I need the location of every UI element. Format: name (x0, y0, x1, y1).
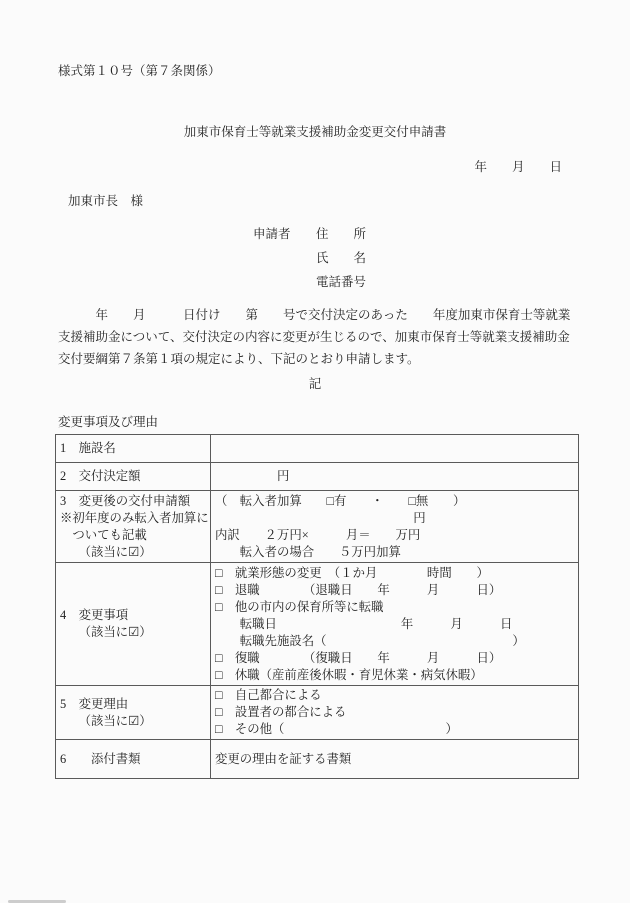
applicant-label: 申請者 (253, 222, 316, 246)
transfer-facility-line: 転職先施設名（ ） (215, 633, 574, 650)
cell-change-items-options: □ 就業形態の変更 （１か月 時間 ） □ 退職 （退職日 年 月 日） □ 他… (211, 563, 579, 686)
applicant-block: 申請者 住 所 氏 名 電話番号 (253, 222, 366, 294)
checkbox-option-operator: □ 設置者の都合による (215, 704, 574, 721)
cell-attachments-value: 変更の理由を証する書類 (211, 740, 579, 779)
form-number: 様式第１０号（第７条関係） (58, 61, 221, 79)
applicant-name-row: 氏 名 (253, 246, 366, 270)
body-paragraph: 年 月 日付け 第 号で交付決定のあった 年度加東市保育士等就業 支援補助金につ… (58, 304, 574, 370)
cell-line: 2 交付決定額 (60, 468, 206, 485)
cell-line: 5 変更理由 (60, 696, 206, 713)
table-row-change-reason: 5 変更理由 （該当に☑） □ 自己都合による □ 設置者の都合による □ その… (56, 686, 579, 740)
cell-decided-amount-label: 2 交付決定額 (56, 463, 211, 491)
checkbox-option-transfer: □ 他の市内の保育所等に転職 (215, 599, 574, 616)
page-title: 加東市保育士等就業支援補助金変更交付申請書 (0, 122, 630, 140)
breakdown-line: 内訳 ２万円× 月＝ 万円 (215, 527, 574, 544)
cell-amount-after-change-value: （ 転入者加算 □有 ・ □無 ） 円 内訳 ２万円× 月＝ 万円 転入者の場合… (211, 491, 579, 563)
cell-decided-amount-value: 円 (211, 463, 579, 491)
table-row-decided-amount: 2 交付決定額 円 (56, 463, 579, 491)
record-marker: 記 (0, 374, 630, 392)
cell-line: 1 施設名 (60, 440, 206, 457)
table-row-facility-name: 1 施設名 (56, 435, 579, 463)
table-row-attachments: 6 添付書類 変更の理由を証する書類 (56, 740, 579, 779)
applicant-address-row: 申請者 住 所 (253, 222, 366, 246)
addressee-mayor: 加東市長 様 (68, 191, 143, 209)
applicant-label-spacer (253, 246, 316, 270)
table-caption: 変更事項及び理由 (58, 412, 158, 430)
cell-facility-name-value (211, 435, 579, 463)
cell-line: ついても記載 (60, 527, 206, 544)
checkbox-option-leave: □ 休職（産前産後休暇・育児休業・病気休暇） (215, 667, 574, 684)
yen-unit-label: 円 (215, 468, 574, 485)
body-line: 交付要綱第７条第１項の規定により、下記のとおり申請します。 (58, 348, 574, 370)
cell-line: 変更の理由を証する書類 (215, 751, 574, 768)
date-blank-line: 年 月 日 (474, 157, 562, 175)
applicant-address-label: 住 所 (316, 222, 366, 246)
applicant-phone-label: 電話番号 (316, 270, 366, 294)
checked-box-note: （該当に☑） (60, 544, 206, 561)
transferee-addition-note: 転入者の場合 ５万円加算 (215, 544, 574, 561)
checkbox-option-personal: □ 自己都合による (215, 687, 574, 704)
cell-facility-name-label: 1 施設名 (56, 435, 211, 463)
cell-change-reason-label: 5 変更理由 （該当に☑） (56, 686, 211, 740)
checked-box-note: （該当に☑） (60, 713, 206, 730)
document-page: 様式第１０号（第７条関係） 加東市保育士等就業支援補助金変更交付申請書 年 月 … (0, 0, 630, 903)
applicant-label-spacer (253, 270, 316, 294)
yen-unit-label: 円 (215, 510, 574, 527)
cell-attachments-label: 6 添付書類 (56, 740, 211, 779)
checkbox-option-employment-form: □ 就業形態の変更 （１か月 時間 ） (215, 565, 574, 582)
checkbox-option-reinstatement: □ 復職 （復職日 年 月 日） (215, 650, 574, 667)
applicant-name-label: 氏 名 (316, 246, 366, 270)
transferee-addition-options: （ 転入者加算 □有 ・ □無 ） (215, 493, 574, 510)
checked-box-note: （該当に☑） (60, 624, 206, 641)
change-details-table: 1 施設名 2 交付決定額 円 3 変更後の交付申請額 ※初年度のみ転入者加算に… (55, 434, 579, 779)
body-line: 年 月 日付け 第 号で交付決定のあった 年度加東市保育士等就業 (58, 304, 574, 326)
cell-line: 3 変更後の交付申請額 (60, 493, 206, 510)
cell-line: 6 添付書類 (60, 751, 206, 768)
cell-amount-after-change-label: 3 変更後の交付申請額 ※初年度のみ転入者加算に ついても記載 （該当に☑） (56, 491, 211, 563)
table-row-amount-after-change: 3 変更後の交付申請額 ※初年度のみ転入者加算に ついても記載 （該当に☑） （… (56, 491, 579, 563)
applicant-phone-row: 電話番号 (253, 270, 366, 294)
cell-line: ※初年度のみ転入者加算に (60, 510, 206, 527)
cell-line: 4 変更事項 (60, 607, 206, 624)
body-line: 支援補助金について、交付決定の内容に変更が生じるので、加東市保育士等就業支援補助… (58, 326, 574, 348)
table-row-change-items: 4 変更事項 （該当に☑） □ 就業形態の変更 （１か月 時間 ） □ 退職 （… (56, 563, 579, 686)
transfer-date-line: 転職日 年 月 日 (215, 616, 574, 633)
checkbox-option-other: □ その他（ ） (215, 721, 574, 738)
checkbox-option-resignation: □ 退職 （退職日 年 月 日） (215, 582, 574, 599)
cell-change-items-label: 4 変更事項 （該当に☑） (56, 563, 211, 686)
cell-change-reason-options: □ 自己都合による □ 設置者の都合による □ その他（ ） (211, 686, 579, 740)
